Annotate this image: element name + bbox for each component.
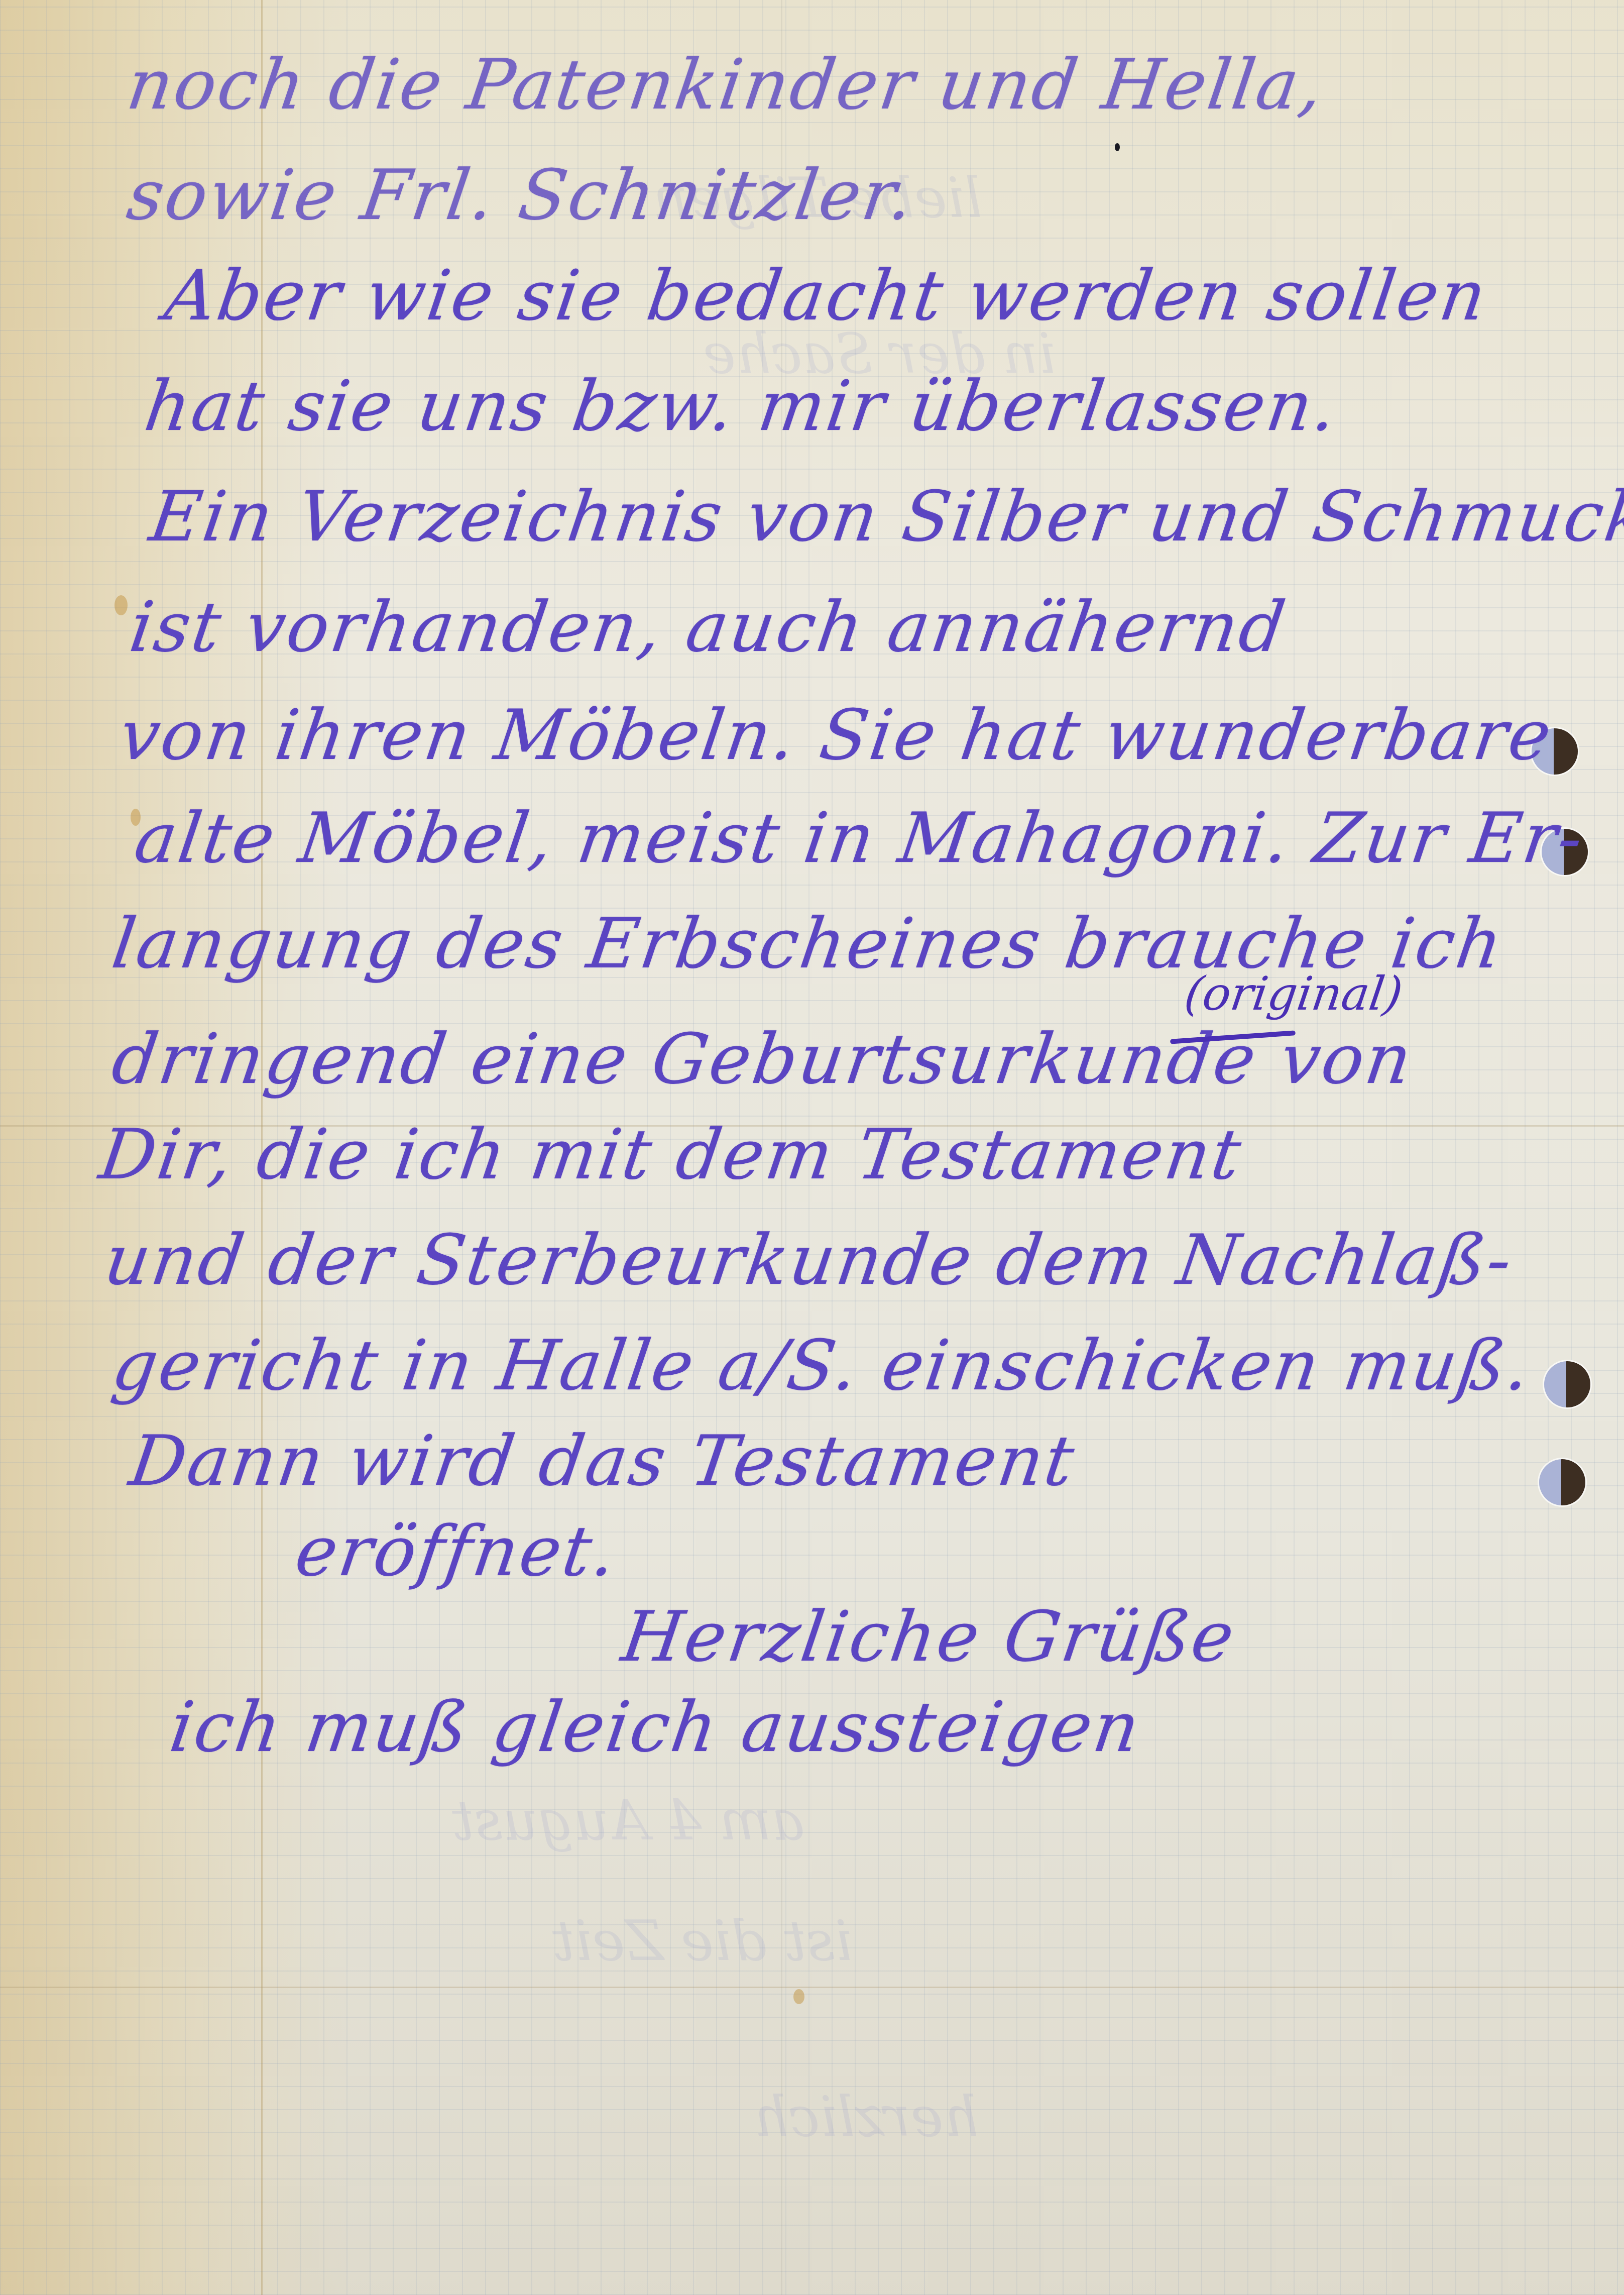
letter-line: Aber wie sie bedacht werden sollen [161,261,1492,331]
letter-line: alte Möbel, meist in Mahagoni. Zur Er- [131,804,1589,873]
letter-line: Dir, die ich mit dem Testament [95,1120,1246,1189]
letter-line: Dann wird das Testament [126,1427,1080,1496]
letter-line: ich muß gleich aussteigen [166,1693,1145,1762]
letter-line: Herzliche Grüße [618,1602,1240,1672]
inserted-word: (original) [1181,967,1406,1021]
letter-line: eröffnet. [291,1517,622,1586]
handwritten-letter: noch die Patenkinder und Hella, sowie Fr… [0,0,1624,2295]
letter-line: und der Sterbeurkunde dem Nachlaß- [100,1226,1518,1295]
letter-line: von ihren Möbeln. Sie hat wunderbare [115,701,1557,770]
letter-line: Ein Verzeichnis von Silber und Schmuck [146,482,1624,552]
letter-line: gericht in Halle a/S. einschicken muß. [108,1331,1536,1400]
letter-line: ist vorhanden, auch annähernd [126,593,1291,662]
letter-line: sowie Frl. Schnitzler. [123,161,919,230]
paper-sheet: liebe Tilgen in der Sache am 4 August is… [0,0,1624,2295]
letter-line: noch die Patenkinder und Hella, [123,50,1329,120]
letter-line: hat sie uns bzw. mir überlassen. [141,372,1342,441]
